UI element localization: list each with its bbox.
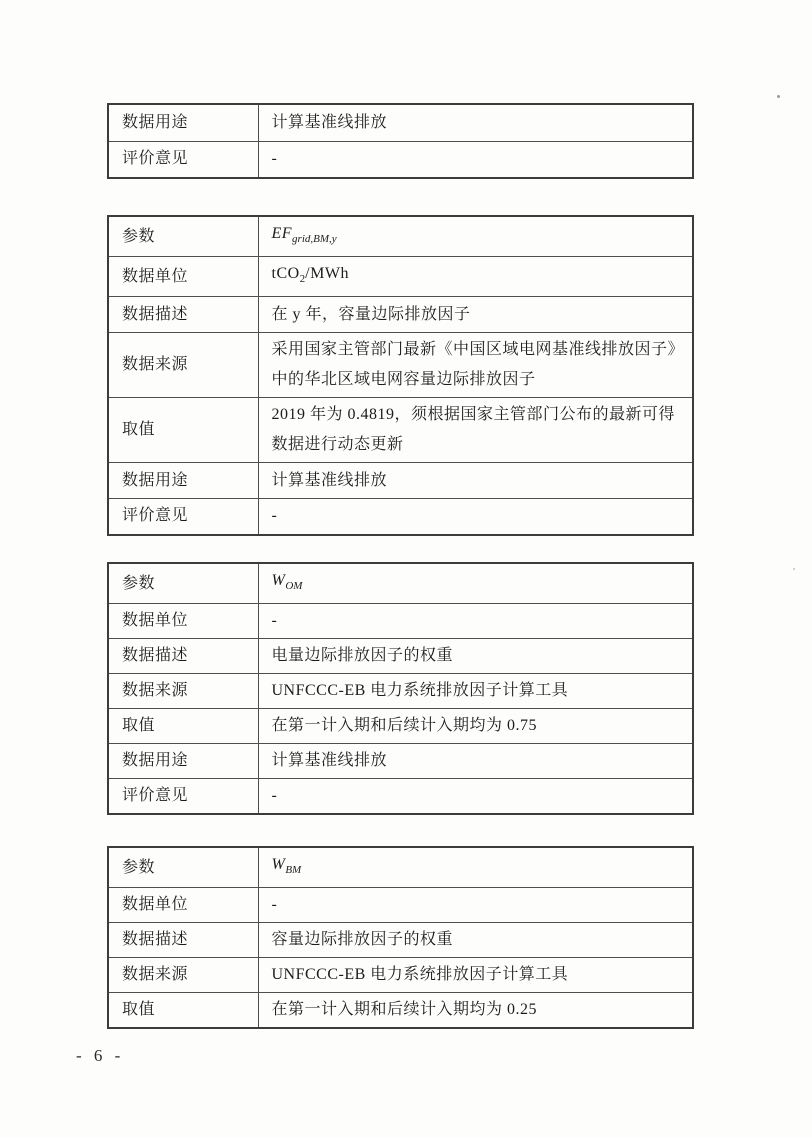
row-value: WOM — [258, 563, 693, 604]
row-label: 数据单位 — [108, 604, 258, 639]
table-row: 数据描述 电量边际排放因子的权重 — [108, 639, 693, 674]
table-row: 数据单位 - — [108, 888, 693, 923]
row-value: - — [258, 141, 693, 178]
table-param-w-om: 参数 WOM 数据单位 - 数据描述 电量边际排放因子的权重 数据来源 UNFC… — [107, 562, 694, 815]
table-row: 评价意见 - — [108, 779, 693, 815]
table-row: 参数 WOM — [108, 563, 693, 604]
row-value: - — [258, 499, 693, 535]
row-value: UNFCCC-EB 电力系统排放因子计算工具 — [258, 674, 693, 709]
table-row: 数据单位 tCO2/MWh — [108, 257, 693, 297]
row-label: 参数 — [108, 216, 258, 257]
table-row: 参数 EFgrid,BM,y — [108, 216, 693, 257]
row-label: 参数 — [108, 847, 258, 888]
table-row: 评价意见 - — [108, 499, 693, 535]
row-value: 在 y 年，容量边际排放因子 — [258, 297, 693, 333]
row-value: WBM — [258, 847, 693, 888]
row-label: 取值 — [108, 993, 258, 1029]
row-value: - — [258, 779, 693, 815]
row-value: 在第一计入期和后续计入期均为 0.75 — [258, 709, 693, 744]
row-label: 数据用途 — [108, 463, 258, 499]
page-number: - 6 - — [76, 1046, 124, 1066]
table-row: 取值 在第一计入期和后续计入期均为 0.75 — [108, 709, 693, 744]
row-value: 电量边际排放因子的权重 — [258, 639, 693, 674]
table-row: 数据描述 容量边际排放因子的权重 — [108, 923, 693, 958]
table-row: 数据来源 采用国家主管部门最新《中国区域电网基准线排放因子》中的华北区域电网容量… — [108, 333, 693, 398]
row-label: 取值 — [108, 709, 258, 744]
row-value: tCO2/MWh — [258, 257, 693, 297]
scan-speck — [793, 568, 795, 570]
row-value: 采用国家主管部门最新《中国区域电网基准线排放因子》中的华北区域电网容量边际排放因… — [258, 333, 693, 398]
row-label: 数据用途 — [108, 744, 258, 779]
row-value: 计算基准线排放 — [258, 463, 693, 499]
table-row: 数据用途 计算基准线排放 — [108, 104, 693, 141]
table-row: 数据用途 计算基准线排放 — [108, 744, 693, 779]
row-label: 数据来源 — [108, 958, 258, 993]
table-param-ef-grid-bm: 参数 EFgrid,BM,y 数据单位 tCO2/MWh 数据描述 在 y 年，… — [107, 215, 694, 536]
unit-value: tCO2/MWh — [272, 265, 349, 282]
row-value: - — [258, 888, 693, 923]
row-label: 取值 — [108, 398, 258, 463]
table-row: 取值 在第一计入期和后续计入期均为 0.25 — [108, 993, 693, 1029]
row-value: 2019 年为 0.4819，须根据国家主管部门公布的最新可得数据进行动态更新 — [258, 398, 693, 463]
table-evaluation-continuation: 数据用途 计算基准线排放 评价意见 - — [107, 103, 694, 179]
table-row: 数据来源 UNFCCC-EB 电力系统排放因子计算工具 — [108, 674, 693, 709]
row-value: 容量边际排放因子的权重 — [258, 923, 693, 958]
document-page: 数据用途 计算基准线排放 评价意见 - 参数 EFgrid,BM,y 数据单位 … — [0, 0, 812, 1138]
table-row: 数据描述 在 y 年，容量边际排放因子 — [108, 297, 693, 333]
table-row: 数据单位 - — [108, 604, 693, 639]
row-label: 数据描述 — [108, 923, 258, 958]
row-value: UNFCCC-EB 电力系统排放因子计算工具 — [258, 958, 693, 993]
scan-speck — [777, 95, 780, 98]
table-param-w-bm: 参数 WBM 数据单位 - 数据描述 容量边际排放因子的权重 数据来源 UNFC… — [107, 846, 694, 1029]
parameter-formula: WOM — [272, 572, 303, 589]
row-label: 数据来源 — [108, 674, 258, 709]
table-row: 参数 WBM — [108, 847, 693, 888]
table-row: 数据来源 UNFCCC-EB 电力系统排放因子计算工具 — [108, 958, 693, 993]
row-label: 数据单位 — [108, 888, 258, 923]
row-label: 评价意见 — [108, 779, 258, 815]
row-label: 数据描述 — [108, 297, 258, 333]
row-label: 评价意见 — [108, 141, 258, 178]
row-label: 数据用途 — [108, 104, 258, 141]
row-value: 在第一计入期和后续计入期均为 0.25 — [258, 993, 693, 1029]
row-value: EFgrid,BM,y — [258, 216, 693, 257]
row-label: 数据描述 — [108, 639, 258, 674]
table-row: 数据用途 计算基准线排放 — [108, 463, 693, 499]
row-value: 计算基准线排放 — [258, 104, 693, 141]
table-row: 取值 2019 年为 0.4819，须根据国家主管部门公布的最新可得数据进行动态… — [108, 398, 693, 463]
row-value: 计算基准线排放 — [258, 744, 693, 779]
row-value: - — [258, 604, 693, 639]
row-label: 参数 — [108, 563, 258, 604]
parameter-formula: EFgrid,BM,y — [272, 225, 337, 242]
row-label: 数据单位 — [108, 257, 258, 297]
parameter-formula: WBM — [272, 856, 302, 873]
row-label: 数据来源 — [108, 333, 258, 398]
row-label: 评价意见 — [108, 499, 258, 535]
table-row: 评价意见 - — [108, 141, 693, 178]
